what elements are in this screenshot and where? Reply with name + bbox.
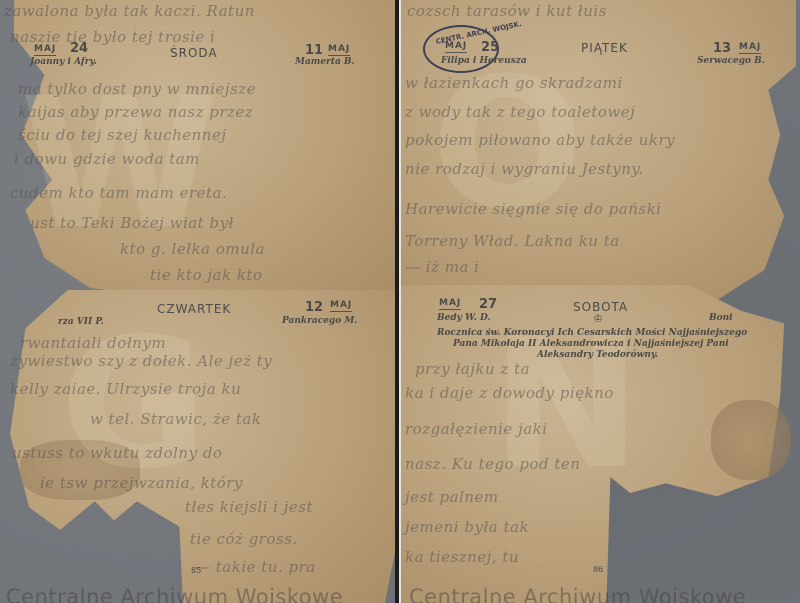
- handwriting-line: w łazienkach go skradzami: [405, 74, 623, 92]
- handwriting-line: — iż ma i: [405, 258, 479, 276]
- right-bottom-saints: Bedy W. D.: [437, 313, 491, 323]
- handwriting-line: kelly zaiae. Ulrzysie troja ku: [10, 380, 241, 398]
- handwriting-line: ie tsw przejwzania, który: [40, 474, 243, 492]
- page-number: 85: [191, 566, 201, 575]
- handwriting-line: ka tiesznej, tu: [405, 548, 519, 566]
- handwriting-line: ściu do tej szej kuchennej: [18, 126, 226, 144]
- left-top-weekday: ŚRODA: [170, 46, 218, 60]
- right-bottom-day: 27: [479, 297, 497, 312]
- left-diary-page: W G MAJ 24 Joanny i Afry. ŚRODA 11 MAJ M…: [0, 0, 395, 603]
- handwriting-line: żywiestwo szy z dołek. Ale jeż ty: [10, 352, 272, 370]
- handwriting-line: pokojem piłowano aby także ukry: [405, 131, 675, 149]
- left-bottom-right-saints: Pankracego M.: [282, 316, 357, 326]
- handwriting-line: tie kto jak kto: [150, 266, 263, 284]
- handwriting-line: nie rodzaj i wygraniu Jestyny.: [405, 160, 644, 178]
- handwriting-line: jemeni była tak: [405, 518, 529, 536]
- handwriting-line: tie cóż gross.: [190, 530, 298, 548]
- handwriting-line: tłes kiejsli i jest: [185, 498, 313, 516]
- handwriting-line: Harewicie sięgnie się do pański: [405, 200, 661, 218]
- left-top-saints: Joanny i Afry.: [30, 57, 97, 67]
- crown-icon: ♔: [593, 312, 603, 325]
- handwriting-line: ustuss to wkutu zdolny do: [12, 444, 222, 462]
- page-number: 86: [593, 565, 603, 574]
- handwriting-line: rwantaiali dołnym: [20, 334, 166, 352]
- coronation-note-line-1: Rocznica św. Koronacyi Ich Cesarskich Mo…: [437, 328, 747, 339]
- handwriting-line: ust to Teki Bożej wiat był: [30, 214, 234, 232]
- archive-watermark: Centralne Archiwum Wojskowe: [6, 585, 343, 603]
- right-top-saints: Filipa i Hereusza: [441, 56, 527, 66]
- handwriting-line: w tel. Strawic, że tak: [90, 410, 261, 428]
- handwriting-line: kaijas aby przewa nasz przez: [18, 103, 253, 121]
- handwriting-line: i dowu gdzie woda tam: [14, 150, 200, 168]
- handwriting-line: — takie tu. pra: [195, 558, 316, 576]
- right-diary-page: O N CENTR. ARCH. WOJSK. MAJ 25 Filipa i …: [401, 0, 800, 603]
- right-top-right-month: MAJ: [739, 42, 761, 54]
- right-bottom-right-saints: Boni: [709, 313, 733, 323]
- right-bottom-month: MAJ: [439, 298, 461, 310]
- handwriting-line: cudem kto tam mam ereta.: [10, 184, 227, 202]
- handwriting-line: jest palnem: [405, 488, 499, 506]
- left-top-right-month: MAJ: [328, 44, 350, 56]
- left-bottom-saints: rza VII P.: [58, 317, 104, 327]
- coronation-note-line-2: Pana Mikołaja II Aleksandrowicza i Najja…: [453, 339, 729, 350]
- handwriting-line: nasz. Ku tego pod ten: [405, 455, 580, 473]
- left-bottom-weekday: CZWARTEK: [157, 302, 231, 316]
- handwriting-line: naszie tie było tej trosie i: [10, 28, 215, 46]
- left-top-right-saints: Mamerta B.: [295, 57, 355, 67]
- handwriting-line: Torreny Wład. Lakna ku ta: [405, 232, 620, 250]
- handwriting-line: cozsch tarasów i kut łuis: [407, 2, 607, 20]
- right-top-weekday: PIĄTEK: [581, 41, 628, 55]
- handwriting-line: rozgałęzienie jaki: [405, 420, 548, 438]
- handwriting-line: przy łajku z ta: [415, 360, 530, 378]
- right-page-stain: [711, 400, 791, 480]
- handwriting-line: ma tylko dost pny w mniejsze: [18, 80, 256, 98]
- right-top-right-day: 13: [713, 41, 731, 56]
- left-top-right-day: 11: [305, 43, 323, 58]
- right-top-day: 25: [481, 40, 499, 55]
- handwriting-line: ka i daje z dowody piękno: [405, 384, 614, 402]
- handwriting-line: zawalona była tak kaczi. Ratun: [4, 2, 255, 20]
- handwriting-line: z wody tak z tego toaletowej: [405, 103, 635, 121]
- archive-watermark: Centralne Archiwum Wojskowe: [409, 585, 746, 603]
- left-bottom-right-month: MAJ: [330, 300, 352, 312]
- left-bottom-right-day: 12: [305, 300, 323, 315]
- coronation-note-line-3: Aleksandry Teodorówny.: [537, 350, 658, 361]
- right-top-month: MAJ: [445, 41, 467, 53]
- right-top-right-saints: Serwacego B.: [697, 56, 765, 66]
- handwriting-line: kto g. lelka omula: [120, 240, 265, 258]
